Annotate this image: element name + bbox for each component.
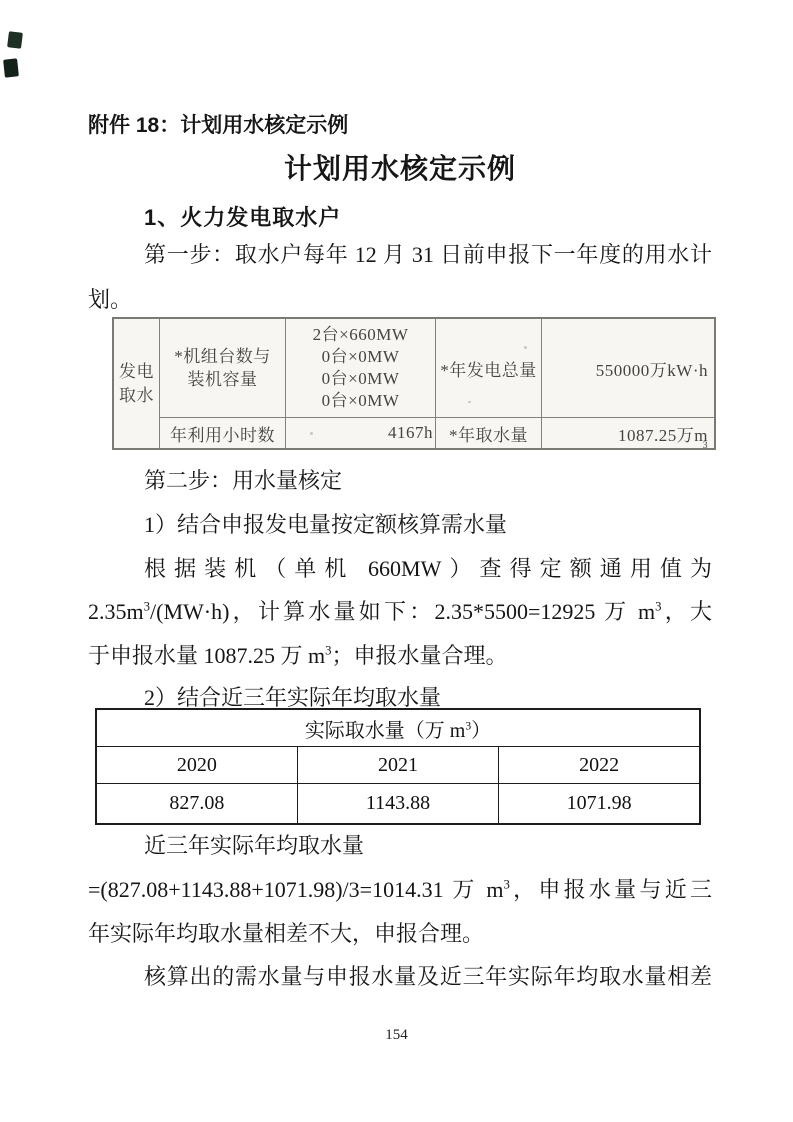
table1-hours-label-cell: 年利用小时数 xyxy=(160,418,286,448)
section-heading-1: 1、火力发电取水户 xyxy=(88,201,712,232)
table2-value-cell: 1071.98 xyxy=(499,784,700,825)
table2-value-cell: 827.08 xyxy=(96,784,297,825)
paragraph-closing: 核算出的需水量与申报水量及近三年实际年均取水量相差 xyxy=(88,962,712,992)
cell-line: 0台×0MW xyxy=(322,368,400,390)
paragraph-item1: 1）结合申报发电量按定额核算需水量 xyxy=(88,510,712,540)
paragraph-step1-line1: 第一步：取水户每年 12 月 31 日前申报下一年度的用水计 xyxy=(88,240,712,270)
table2-years-row: 2020 2021 2022 xyxy=(96,747,700,784)
paragraph-calc-line1: 根据装机（单机 660MW）查得定额通用值为 xyxy=(88,554,712,584)
scan-speck xyxy=(468,401,471,403)
cell-line: 0台×0MW xyxy=(322,346,400,368)
cell-line: 装机容量 xyxy=(188,368,258,391)
table1-intake-label-cell: *年取水量 xyxy=(436,418,542,448)
paragraph-calc-line3: 于申报水量 1087.25 万 m3；申报水量合理。 xyxy=(88,641,712,671)
table2-value-cell: 1143.88 xyxy=(297,784,498,825)
cell-line: *机组台数与 xyxy=(174,345,271,368)
table2-year-cell: 2020 xyxy=(96,747,297,784)
table1-capacity-values-cell: 2台×660MW0台×0MW0台×0MW0台×0MW xyxy=(286,319,436,418)
paragraph-avg-line3: 年实际年均取水量相差不大，申报合理。 xyxy=(88,919,712,949)
scan-speck xyxy=(310,432,313,435)
table1-annual-generation-label-cell: *年发电总量 xyxy=(436,319,542,418)
paragraph-avg-line1: 近三年实际年均取水量 xyxy=(88,831,712,861)
scan-ink-mark-top xyxy=(7,31,23,49)
scan-speck xyxy=(524,346,527,349)
generation-intake-table: 发电取水 *机组台数与装机容量 2台×660MW0台×0MW0台×0MW0台×0… xyxy=(112,317,716,450)
table1-row-label-cell: 发电取水 xyxy=(114,319,160,448)
paragraph-step2: 第二步：用水量核定 xyxy=(88,466,712,496)
attachment-label: 附件 18：计划用水核定示例 xyxy=(88,109,712,139)
page-title: 计划用水核定示例 xyxy=(88,147,712,187)
table2-header-cell: 实际取水量（万 m3） xyxy=(96,709,700,747)
scan-ink-mark-bottom xyxy=(3,58,19,77)
cell-line: 2台×660MW xyxy=(313,324,409,346)
table1-intake-value-cell: 1087.25万m3 xyxy=(542,418,714,448)
cell-line: 0台×0MW xyxy=(322,390,400,412)
table1-annual-generation-value-cell: 550000万kW·h xyxy=(542,319,714,418)
table1-hours-value-cell: 4167h xyxy=(286,418,436,448)
table1-unit-capacity-label-cell: *机组台数与装机容量 xyxy=(160,319,286,418)
table2-header-row: 实际取水量（万 m3） xyxy=(96,709,700,747)
paragraph-avg-line2: =(827.08+1143.88+1071.98)/3=1014.31 万 m3… xyxy=(88,875,712,905)
table2-year-cell: 2021 xyxy=(297,747,498,784)
table2-values-row: 827.08 1143.88 1071.98 xyxy=(96,784,700,825)
page-number: 154 xyxy=(0,1027,793,1044)
paragraph-step1-line2: 划。 xyxy=(88,285,712,315)
table2-year-cell: 2022 xyxy=(499,747,700,784)
document-page: 附件 18：计划用水核定示例 计划用水核定示例 1、火力发电取水户 第一步：取水… xyxy=(0,0,793,1122)
actual-intake-table: 实际取水量（万 m3） 2020 2021 2022 827.08 1143.8… xyxy=(95,708,701,825)
paragraph-calc-line2: 2.35m3/(MW·h)，计算水量如下：2.35*5500=12925 万 m… xyxy=(88,597,712,627)
